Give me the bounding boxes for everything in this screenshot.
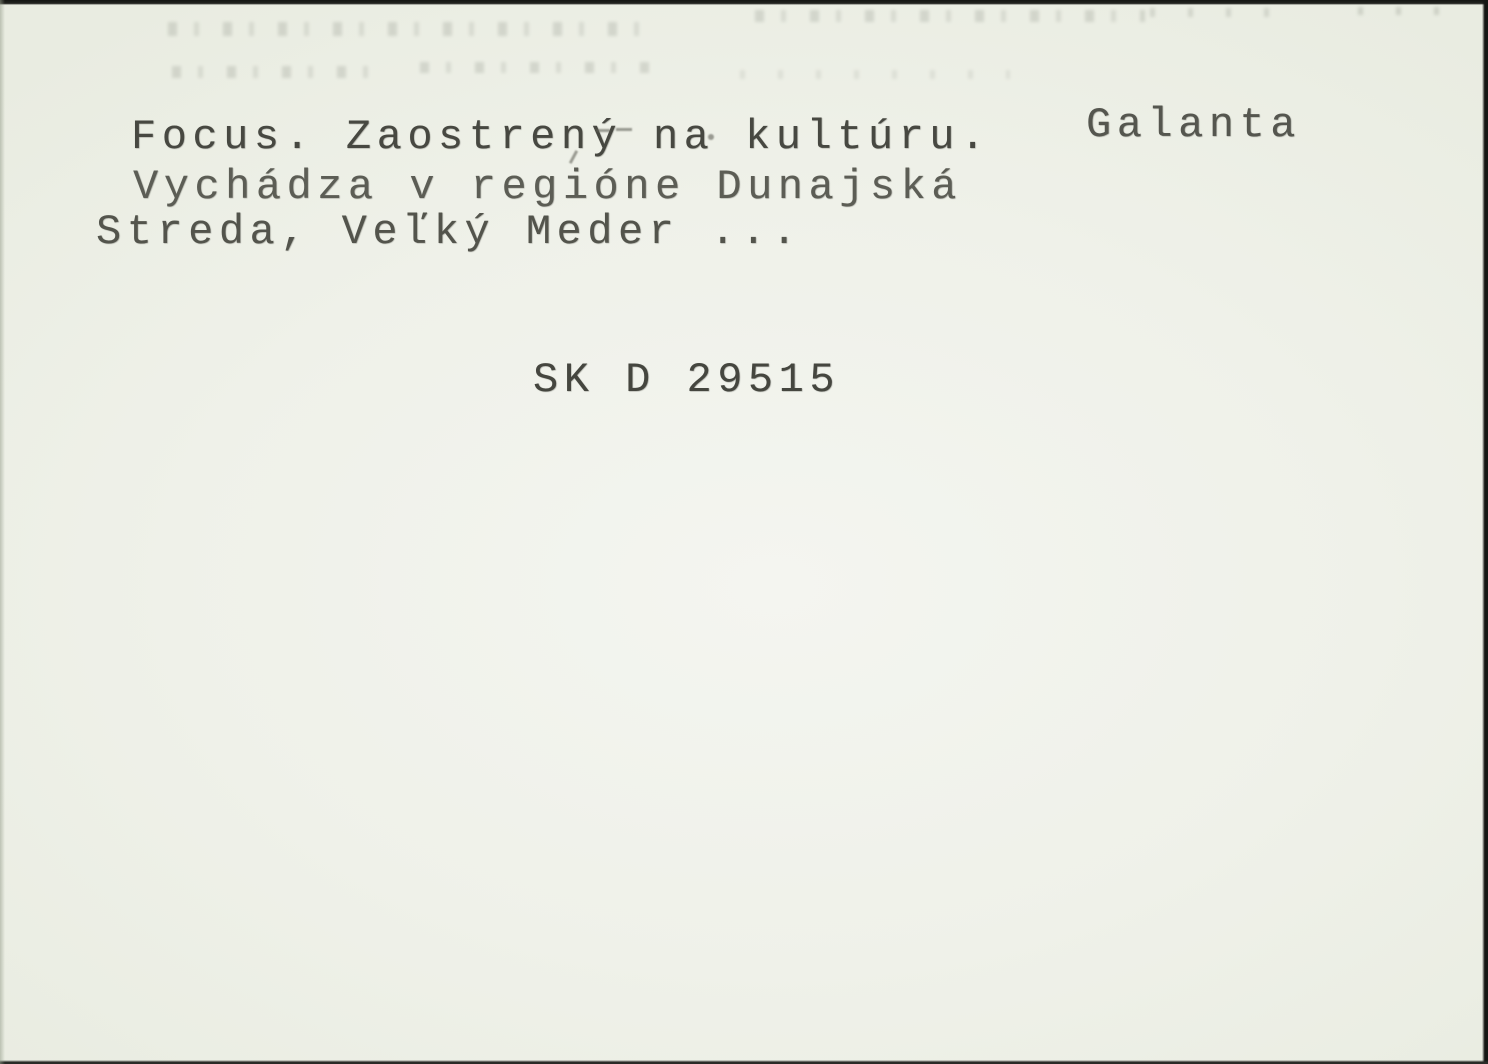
scan-edge-bottom (0, 1060, 1488, 1064)
ink-smudge (168, 22, 648, 36)
ink-smudge (1150, 8, 1300, 17)
ink-smudge (740, 70, 1010, 79)
card-subtitle-line-1: Vychádza v regióne Dunajská (133, 162, 962, 212)
ink-smudge (1358, 7, 1470, 15)
scan-edge-right (1482, 0, 1488, 1064)
typewriter-dash-mark (616, 128, 632, 131)
card-heading-place: Galanta (1086, 100, 1301, 150)
scan-edge-left (0, 0, 5, 1064)
ink-smudge (755, 10, 1145, 22)
card-title-line: Focus. Zaostrený na kultúru. (131, 112, 991, 162)
typewriter-dot-mark (708, 134, 714, 140)
ink-smudge (420, 62, 665, 73)
card-shelfmark: SK D 29515 (533, 355, 840, 405)
scan-edge-top (0, 0, 1488, 5)
catalog-card-scan: Focus. Zaostrený na kultúru. Galanta Vyc… (0, 0, 1488, 1064)
card-subtitle-line-2: Streda, Veľký Meder ... (96, 207, 802, 257)
ink-smudge (172, 66, 382, 78)
typewriter-dash-mark (596, 129, 610, 132)
